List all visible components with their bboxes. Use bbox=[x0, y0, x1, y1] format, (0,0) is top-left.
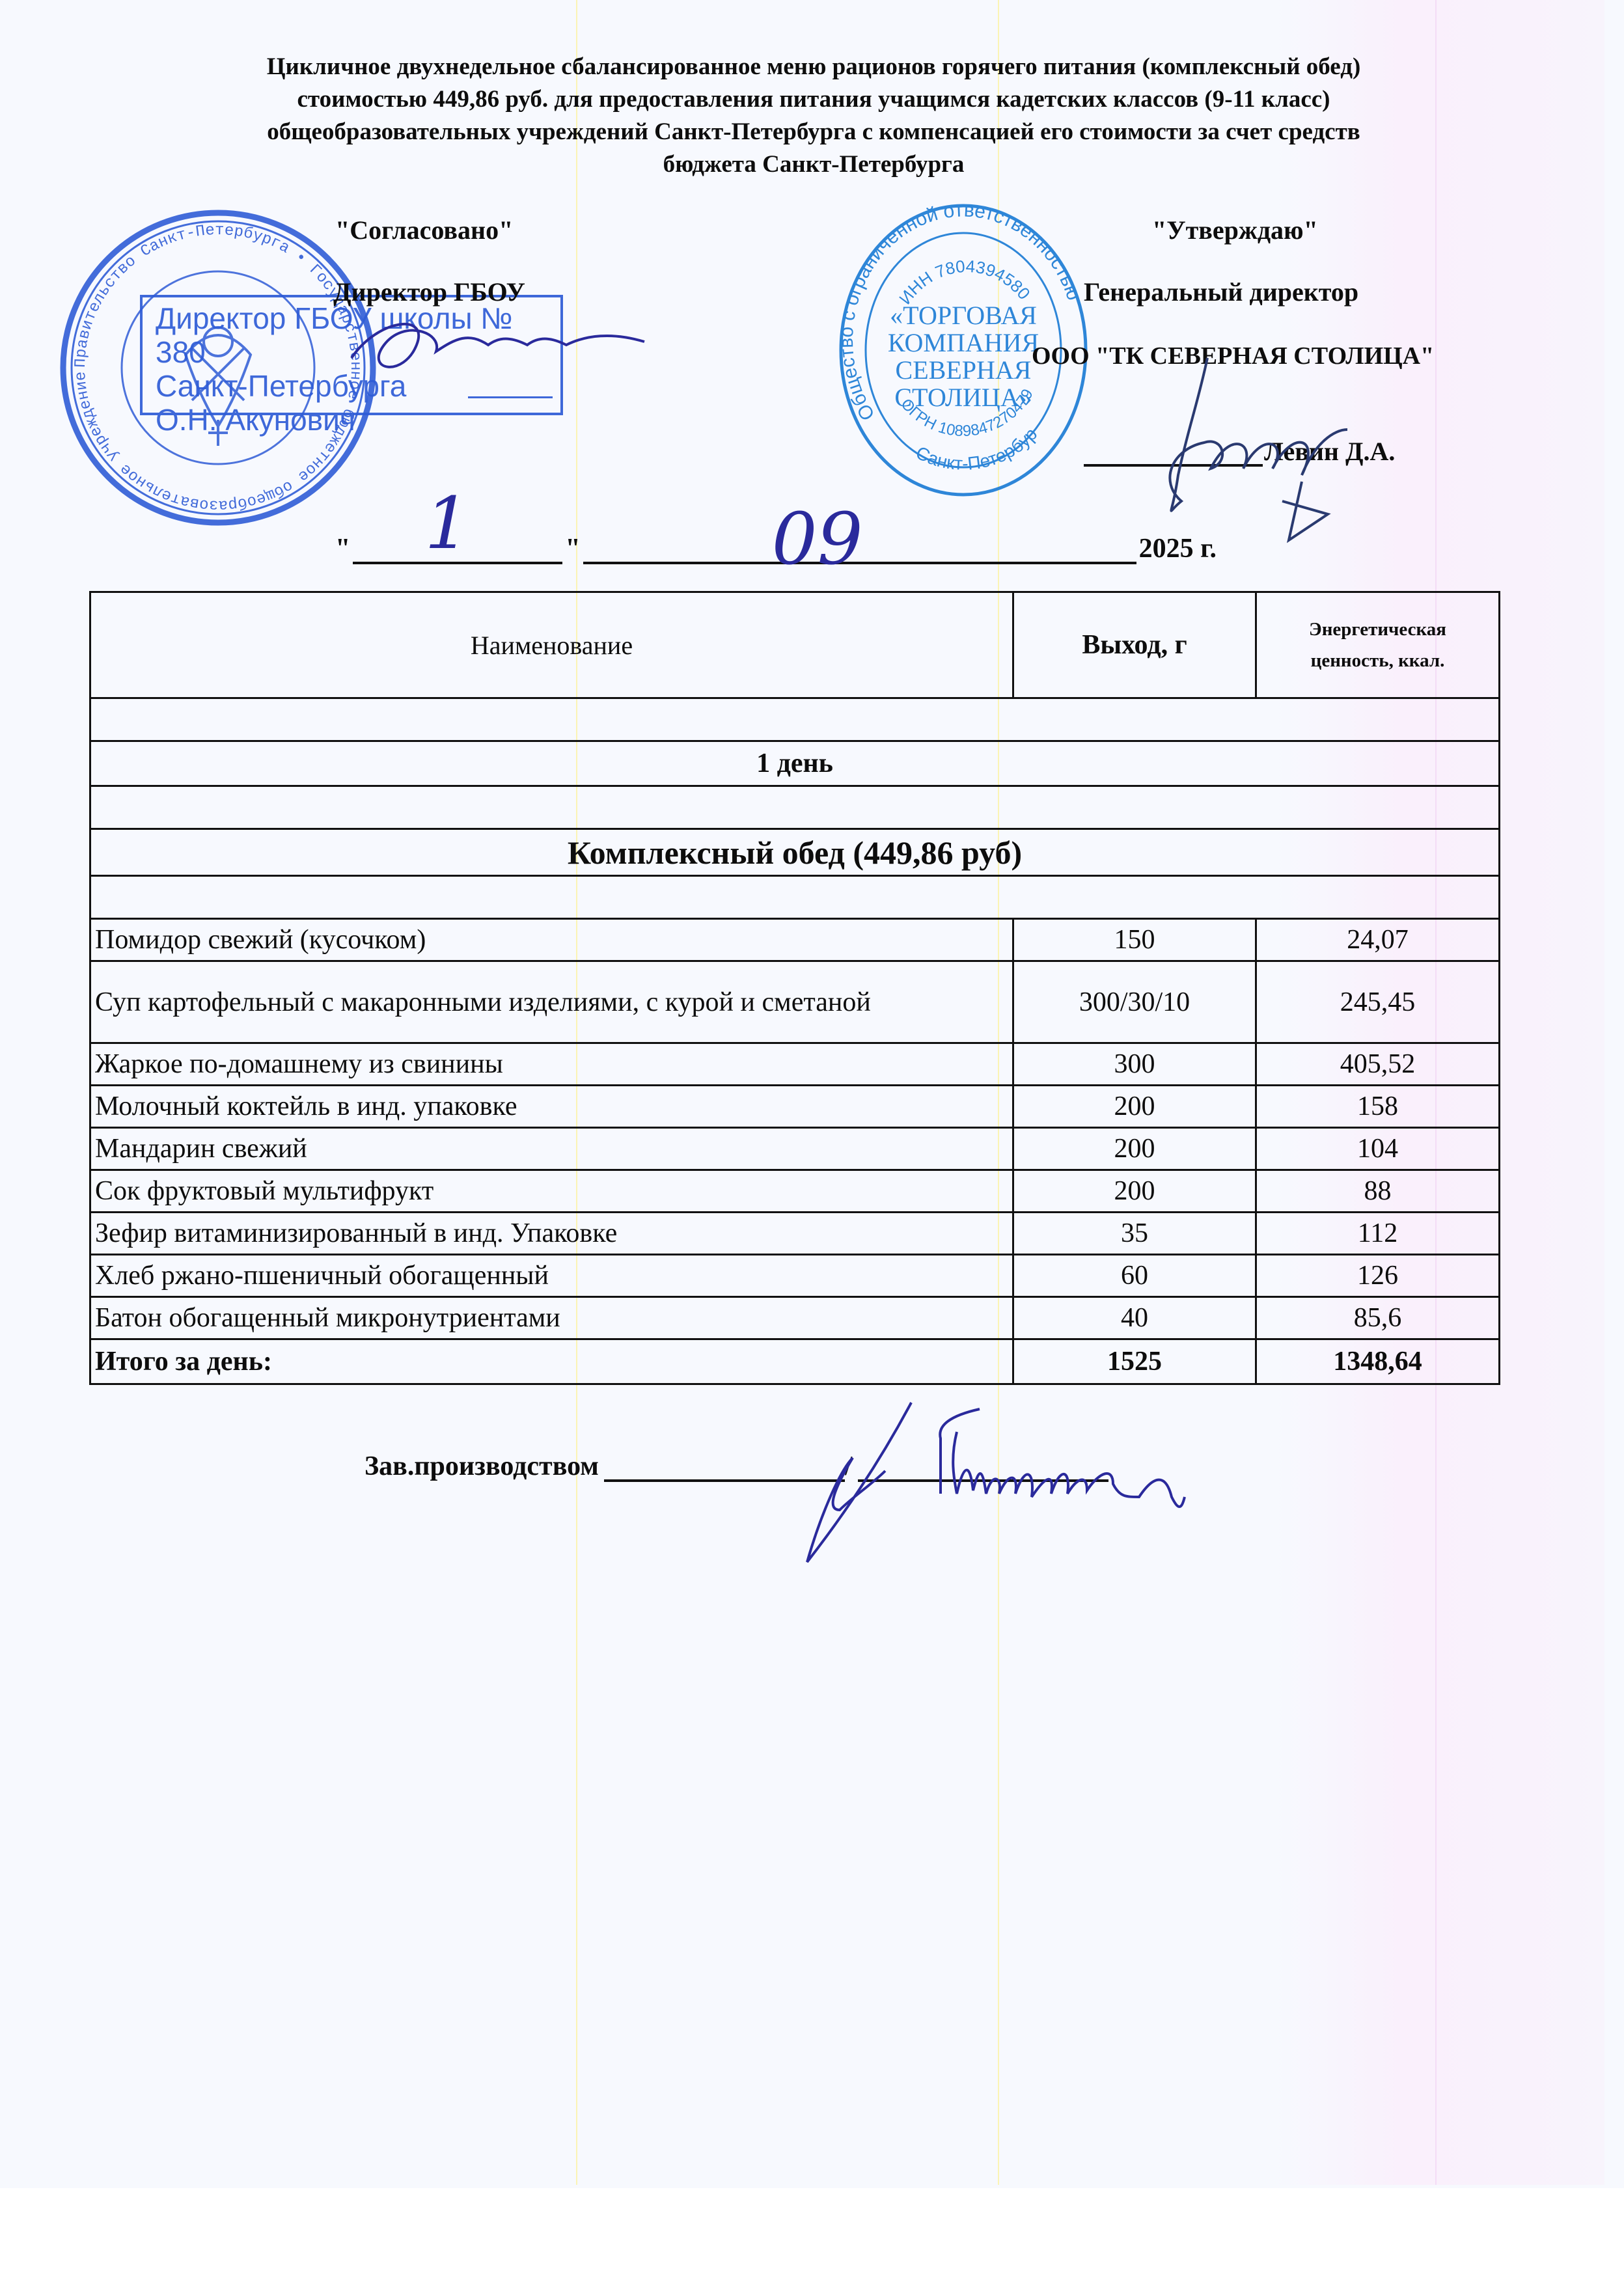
agreed-label: "Согласовано" bbox=[335, 215, 513, 245]
item-kcal: 126 bbox=[1256, 1255, 1500, 1297]
approve-label: "Утверждаю" bbox=[1152, 215, 1318, 245]
total-yield: 1525 bbox=[1013, 1339, 1256, 1384]
item-name: Суп картофельный с макаронными изделиями… bbox=[90, 961, 1013, 1043]
date-day-field: 1 bbox=[353, 530, 562, 564]
item-yield: 200 bbox=[1013, 1086, 1256, 1128]
header-yield: Выход, г bbox=[1013, 592, 1256, 698]
item-kcal: 112 bbox=[1256, 1213, 1500, 1255]
item-yield: 200 bbox=[1013, 1128, 1256, 1170]
header-energy: Энергетическая ценность, ккал. bbox=[1256, 592, 1500, 698]
quote-close: " bbox=[565, 534, 580, 564]
header-energy-line: ценность, ккал. bbox=[1261, 645, 1494, 676]
meal-row: Комплексный обед (449,86 руб) bbox=[90, 829, 1500, 876]
item-yield: 300/30/10 bbox=[1013, 961, 1256, 1043]
svg-text:КОМПАНИЯ: КОМПАНИЯ bbox=[888, 328, 1039, 357]
day-label: 1 день bbox=[90, 741, 1500, 786]
title-line: Цикличное двухнедельное сбалансированное… bbox=[130, 51, 1497, 83]
table-row: Сок фруктовый мультифрукт 200 88 bbox=[90, 1170, 1500, 1213]
svg-text:«ТОРГОВАЯ: «ТОРГОВАЯ bbox=[890, 301, 1037, 330]
date-year: 2025 г. bbox=[1139, 534, 1217, 564]
item-yield: 200 bbox=[1013, 1170, 1256, 1213]
production-manager-signature-icon bbox=[723, 1399, 1341, 1569]
stamp-line: О.Н. Акунович bbox=[156, 403, 560, 437]
director-facsimile-stamp: Директор ГБОУ школы № 380 Санкт-Петербур… bbox=[140, 295, 563, 415]
name-blank bbox=[858, 1448, 1108, 1482]
production-manager-role: Зав.производством bbox=[365, 1451, 599, 1481]
table-row: Хлеб ржано-пшеничный обогащенный 60 126 bbox=[90, 1255, 1500, 1297]
title-line: общеобразовательных учреждений Санкт-Пет… bbox=[130, 116, 1497, 148]
header-energy-line: Энергетическая bbox=[1261, 614, 1494, 645]
item-name: Жаркое по-домашнему из свинины bbox=[90, 1043, 1013, 1086]
approve-signature-line: Левин Д.А. bbox=[1084, 436, 1395, 467]
item-name: Мандарин свежий bbox=[90, 1128, 1013, 1170]
item-name: Батон обогащенный микронутриентами bbox=[90, 1297, 1013, 1339]
agreed-role: Директор ГБОУ bbox=[333, 277, 525, 307]
total-label: Итого за день: bbox=[90, 1339, 1013, 1384]
item-name: Сок фруктовый мультифрукт bbox=[90, 1170, 1013, 1213]
item-kcal: 24,07 bbox=[1256, 919, 1500, 961]
item-yield: 150 bbox=[1013, 919, 1256, 961]
title-line: стоимостью 449,86 руб. для предоставлени… bbox=[130, 83, 1497, 116]
svg-text:Общество с ограниченной ответс: Общество с ограниченной ответственностью bbox=[836, 200, 1084, 424]
menu-table: Наименование Выход, г Энергетическая цен… bbox=[89, 591, 1500, 1385]
approver-name: Левин Д.А. bbox=[1264, 437, 1395, 466]
item-yield: 35 bbox=[1013, 1213, 1256, 1255]
separator: / bbox=[845, 1451, 853, 1481]
page-bottom-margin bbox=[0, 2188, 1624, 2276]
item-kcal: 85,6 bbox=[1256, 1297, 1500, 1339]
date-month-value: 09 bbox=[772, 503, 863, 575]
svg-text:ОГРН 1089847270479: ОГРН 1089847270479 bbox=[897, 386, 1036, 440]
approve-organization: ООО "ТК СЕВЕРНАЯ СТОЛИЦА" bbox=[1032, 342, 1434, 370]
quote-open: " bbox=[335, 534, 350, 564]
stamp-line: Директор ГБОУ школы № 380 bbox=[156, 301, 560, 369]
table-row: Помидор свежий (кусочком) 150 24,07 bbox=[90, 919, 1500, 961]
date-day-value: 1 bbox=[424, 487, 470, 559]
item-kcal: 88 bbox=[1256, 1170, 1500, 1213]
item-kcal: 104 bbox=[1256, 1128, 1500, 1170]
item-name: Молочный коктейль в инд. упаковке bbox=[90, 1086, 1013, 1128]
production-manager-signature: Зав.производством/ bbox=[365, 1448, 1108, 1482]
table-header-row: Наименование Выход, г Энергетическая цен… bbox=[90, 592, 1500, 698]
spacer-row bbox=[90, 698, 1500, 741]
day-row: 1 день bbox=[90, 741, 1500, 786]
item-yield: 40 bbox=[1013, 1297, 1256, 1339]
item-name: Хлеб ржано-пшеничный обогащенный bbox=[90, 1255, 1013, 1297]
table-row: Молочный коктейль в инд. упаковке 200 15… bbox=[90, 1086, 1500, 1128]
table-row: Батон обогащенный микронутриентами 40 85… bbox=[90, 1297, 1500, 1339]
item-yield: 300 bbox=[1013, 1043, 1256, 1086]
item-kcal: 245,45 bbox=[1256, 961, 1500, 1043]
approval-date: "1"092025 г. bbox=[335, 530, 1217, 564]
table-row: Суп картофельный с макаронными изделиями… bbox=[90, 961, 1500, 1043]
svg-text:ИНН 7804394580: ИНН 7804394580 bbox=[895, 256, 1034, 308]
signature-blank bbox=[604, 1448, 845, 1482]
svg-text:СТОЛИЦА»: СТОЛИЦА» bbox=[894, 383, 1032, 412]
table-row: Зефир витаминизированный в инд. Упаковке… bbox=[90, 1213, 1500, 1255]
item-kcal: 158 bbox=[1256, 1086, 1500, 1128]
svg-text:Санкт-Петербург: Санкт-Петербург bbox=[836, 200, 1041, 474]
item-name: Помидор свежий (кусочком) bbox=[90, 919, 1013, 961]
total-row: Итого за день: 1525 1348,64 bbox=[90, 1339, 1500, 1384]
document-title: Цикличное двухнедельное сбалансированное… bbox=[130, 51, 1497, 181]
item-kcal: 405,52 bbox=[1256, 1043, 1500, 1086]
total-kcal: 1348,64 bbox=[1256, 1339, 1500, 1384]
signature-blank bbox=[1084, 441, 1263, 467]
title-line: бюджета Санкт-Петербурга bbox=[130, 148, 1497, 181]
spacer-row bbox=[90, 876, 1500, 919]
stamp-underline bbox=[468, 396, 553, 398]
meal-label: Комплексный обед (449,86 руб) bbox=[90, 829, 1500, 876]
item-yield: 60 bbox=[1013, 1255, 1256, 1297]
approve-role: Генеральный директор bbox=[1084, 277, 1358, 307]
svg-text:СЕВЕРНАЯ: СЕВЕРНАЯ bbox=[896, 355, 1032, 385]
table-row: Мандарин свежий 200 104 bbox=[90, 1128, 1500, 1170]
date-month-field: 09 bbox=[583, 530, 1136, 564]
header-name: Наименование bbox=[90, 592, 1013, 698]
spacer-row bbox=[90, 786, 1500, 829]
table-row: Жаркое по-домашнему из свинины 300 405,5… bbox=[90, 1043, 1500, 1086]
item-name: Зефир витаминизированный в инд. Упаковке bbox=[90, 1213, 1013, 1255]
